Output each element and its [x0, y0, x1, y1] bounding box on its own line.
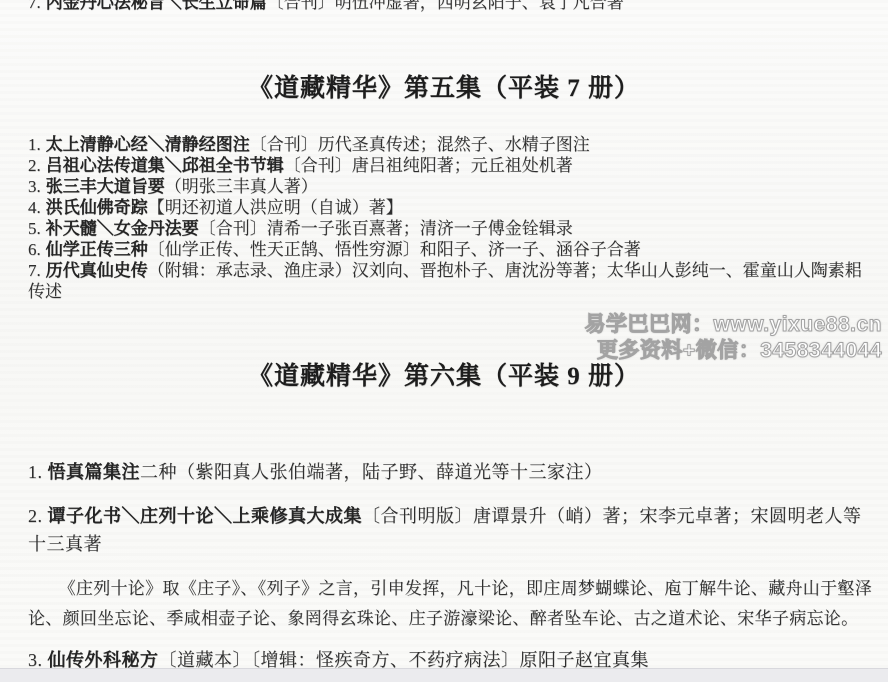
section-five-list: 1.太上清静心经＼清静经图注〔合刊〕历代圣真传述；混然子、水精子图注 2.吕祖心…: [28, 134, 878, 302]
list-item: 3.张三丰大道旨要（明张三丰真人著）: [28, 176, 878, 197]
book-title: 历代真仙史传: [46, 261, 148, 280]
book-title: 太上清静心经＼清静经图注: [46, 135, 250, 154]
item-details: 〔仙学正传、性天正鹄、悟性穷源〕和阳子、济一子、涵谷子合著: [148, 240, 641, 259]
book-title: 悟真篇集注: [48, 462, 141, 482]
item-details: 〔道藏本〕〔增辑：怪疾奇方、不药疗病法〕原阳子赵宜真集: [159, 650, 650, 670]
item-number: 5.: [28, 219, 41, 238]
section-five-heading: 《道藏精华》第五集（平装 7 册）: [0, 68, 888, 104]
book-title: 张三丰大道旨要: [46, 177, 165, 196]
item-details: （明张三丰真人著）: [165, 177, 318, 196]
book-title: 补天髓＼女金丹法要: [46, 219, 199, 238]
item-number: 7.: [28, 261, 41, 280]
item-details: 二种（紫阳真人张伯端著，陆子野、薛道光等十三家注）: [140, 462, 603, 482]
item-details: 【明还初道人洪应明（自诚）著】: [148, 198, 403, 217]
book-title: 内金丹心法秘旨＼长生立命篇: [46, 0, 267, 12]
scanned-document-page: 7.内金丹心法秘旨＼长生立命篇〔合刊〕明伍冲虚著，西明玄阳子、袁了凡合著 《道藏…: [0, 0, 888, 682]
list-item: 1.悟真篇集注二种（紫阳真人张伯端著，陆子野、薛道光等十三家注）: [28, 458, 872, 486]
section-six-list: 1.悟真篇集注二种（紫阳真人张伯端著，陆子野、薛道光等十三家注） 2.谭子化书＼…: [28, 458, 872, 674]
item-details: 〔合刊〕明伍冲虚著，西明玄阳子、袁了凡合著: [267, 0, 624, 12]
list-item: 2.吕祖心法传道集＼邱祖全书节辑〔合刊〕唐吕祖纯阳著；元丘祖处机著: [28, 155, 878, 176]
book-title: 仙传外科秘方: [48, 650, 159, 670]
item-details: （附辑：承志录、渔庄录）汉刘向、晋抱朴子、唐沈汾等著；太华山人彭纯一、霍童山人陶…: [28, 261, 862, 301]
list-item: 2.谭子化书＼庄列十论＼上乘修真大成集〔合刊明版〕唐谭景升（峭）著；宋李元卓著；…: [28, 502, 872, 558]
section-six-heading: 《道藏精华》第六集（平装 9 册）: [0, 356, 888, 392]
book-title: 吕祖心法传道集＼邱祖全书节辑: [46, 156, 284, 175]
truncated-list-item: 7.内金丹心法秘旨＼长生立命篇〔合刊〕明伍冲虚著，西明玄阳子、袁了凡合著: [28, 0, 872, 13]
book-title: 谭子化书＼庄列十论＼上乘修真大成集: [48, 506, 363, 526]
item-number: 1.: [28, 462, 43, 482]
item-number: 3.: [28, 177, 41, 196]
list-item: 7.历代真仙史传（附辑：承志录、渔庄录）汉刘向、晋抱朴子、唐沈汾等著；太华山人彭…: [28, 260, 878, 302]
item-number: 6.: [28, 240, 41, 259]
note-paragraph: 《庄列十论》取《庄子》、《列子》之言，引申发挥，凡十论，即庄周梦蝴蝶论、庖丁解牛…: [28, 574, 872, 634]
item-number: 2.: [28, 156, 41, 175]
item-details: 〔合刊〕清希一子张百熹著；清济一子傅金铨辑录: [199, 219, 573, 238]
item-number: 1.: [28, 135, 41, 154]
book-title: 仙学正传三种: [46, 240, 148, 259]
book-title: 洪氏仙佛奇踪: [46, 198, 148, 217]
list-item: 1.太上清静心经＼清静经图注〔合刊〕历代圣真传述；混然子、水精子图注: [28, 134, 878, 155]
item-number: 3.: [28, 650, 43, 670]
item-number: 2.: [28, 506, 43, 526]
list-item: 5.补天髓＼女金丹法要〔合刊〕清希一子张百熹著；清济一子傅金铨辑录: [28, 218, 878, 239]
page-bottom-band: [0, 668, 888, 682]
watermark-site-line: 易学巴巴网：www.yixue88.cn: [585, 312, 882, 338]
item-number: 4.: [28, 198, 41, 217]
item-number: 7.: [28, 0, 41, 12]
item-details: 〔合刊〕历代圣真传述；混然子、水精子图注: [250, 135, 590, 154]
list-item: 6.仙学正传三种〔仙学正传、性天正鹄、悟性穷源〕和阳子、济一子、涵谷子合著: [28, 239, 878, 260]
list-item: 4.洪氏仙佛奇踪【明还初道人洪应明（自诚）著】: [28, 197, 878, 218]
item-details: 〔合刊〕唐吕祖纯阳著；元丘祖处机著: [284, 156, 573, 175]
